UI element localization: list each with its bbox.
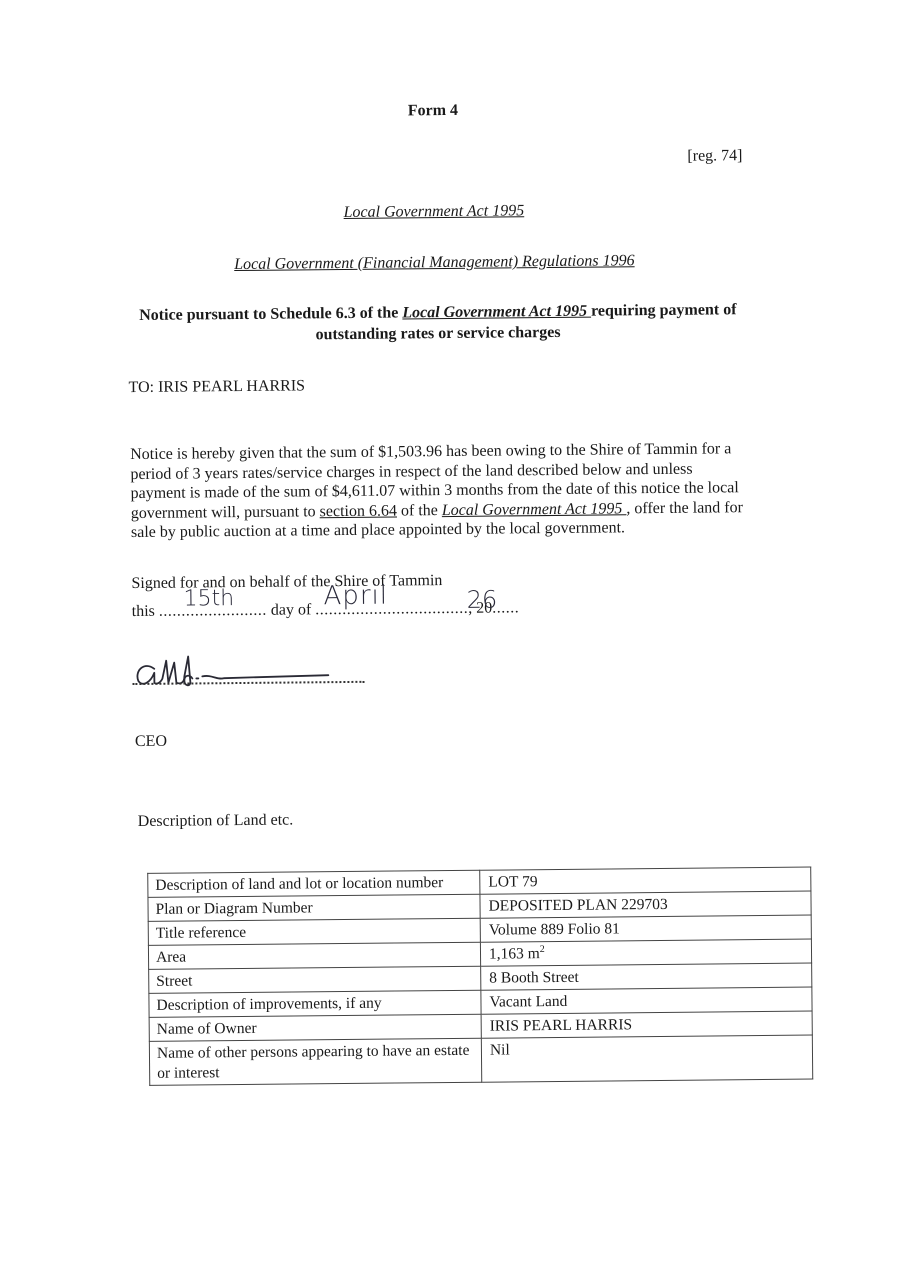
recipient-name: IRIS PEARL HARRIS [158,377,305,395]
handwritten-day: 15th [183,586,234,611]
row-value: DEPOSITED PLAN 229703 [480,891,811,918]
regulations-title: Local Government (Financial Management) … [0,250,872,276]
row-label: Description of land and lot or location … [148,870,480,897]
row-value: Volume 889 Folio 81 [480,915,811,942]
notice-text-2: of the [397,502,442,519]
row-label: Description of improvements, if any [149,990,481,1017]
document-page: Form 4 [reg. 74] Local Government Act 19… [0,0,904,1280]
handwritten-year: 26 [466,586,497,614]
section-reference: section 6.64 [320,502,397,520]
regulation-reference: [reg. 74] [687,147,742,166]
notice-act-reference: Local Government Act 1995 [442,500,627,519]
row-value-text: 1,163 m [489,945,540,962]
row-label: Name of Owner [149,1014,481,1041]
recipient-label: TO: [128,379,154,396]
row-label: Name of other persons appearing to have … [149,1038,481,1085]
row-value-text: IRIS PEARL HARRIS [490,1016,633,1034]
act-title: Local Government Act 1995 [0,199,872,225]
row-value: Vacant Land [481,987,812,1014]
row-value: 1,163 m2 [480,939,811,966]
row-value-text: DEPOSITED PLAN 229703 [488,896,667,915]
form-title: Form 4 [0,98,871,124]
heading-act: Local Government Act 1995 [402,303,591,322]
row-value-superscript: 2 [540,944,545,955]
row-value: Nil [481,1035,812,1082]
land-details-table: Description of land and lot or location … [147,867,813,1086]
signed-on-behalf: Signed for and on behalf of the Shire of… [131,572,442,593]
row-value-text: Nil [490,1041,510,1058]
row-label: Title reference [148,918,480,945]
notice-heading: Notice pursuant to Schedule 6.3 of the L… [125,299,751,347]
table-row: Name of other persons appearing to have … [149,1035,812,1085]
row-value: LOT 79 [480,867,811,894]
row-value: 8 Booth Street [481,963,812,990]
day-of-label: day of [267,601,316,618]
row-value: IRIS PEARL HARRIS [481,1011,812,1038]
ceo-signature [132,645,372,691]
row-value-text: Vacant Land [489,993,567,1011]
notice-body: Notice is hereby given that the sum of $… [130,439,751,542]
recipient-line: TO: IRIS PEARL HARRIS [128,377,305,397]
this-label: this [132,603,159,620]
heading-prefix: Notice pursuant to Schedule 6.3 of the [139,304,402,324]
row-label: Plan or Diagram Number [148,894,480,921]
land-description-heading: Description of Land etc. [138,812,294,831]
row-value-text: 8 Booth Street [489,969,579,987]
row-label: Area [148,942,480,969]
row-label: Street [149,966,481,993]
handwritten-month: April [323,581,388,612]
date-line: this ........................ day of ...… [132,599,520,621]
row-value-text: LOT 79 [488,873,537,890]
signatory-title: CEO [135,733,167,751]
row-value-text: Volume 889 Folio 81 [489,920,620,938]
